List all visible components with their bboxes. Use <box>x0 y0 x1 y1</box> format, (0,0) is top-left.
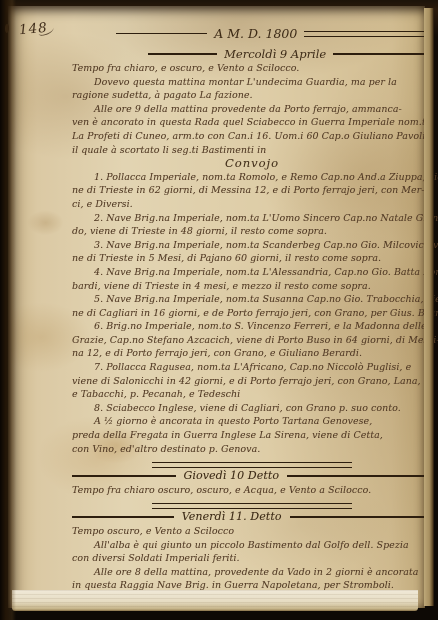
manuscript-line: 7. Pollacca Ragusea, nom.ta L'Africano, … <box>72 361 432 375</box>
page-number-flourish <box>37 24 55 36</box>
manuscript-line: Dovevo questa mattina montar L'undecima … <box>72 76 432 90</box>
page-fore-edge <box>424 8 434 606</box>
year-heading-row: A M. D. 1800 <box>116 26 432 41</box>
manuscript-line: 2. Nave Brig.na Imperiale, nom.ta L'Uomo… <box>72 212 432 226</box>
manuscript-line: ne di Trieste in 62 giorni, di Messina 1… <box>72 184 432 198</box>
manuscript-line: con diversi Soldati Imperiali feriti. <box>72 552 432 566</box>
manuscript-line: ragione sudetta, à pagato La fazione. <box>72 89 432 103</box>
year-title: A M. D. 1800 <box>214 26 297 41</box>
manuscript-line: ci, e Diversi. <box>72 198 432 212</box>
manuscript-line: ven è ancorato in questa Rada quel Sciab… <box>72 116 432 130</box>
manuscript-page: 148 A M. D. 1800 Mercoldì 9 Aprile Tempo… <box>8 6 425 608</box>
date-heading-label: Giovedì 10 Detto <box>184 469 280 483</box>
manuscript-line: 8. Sciabecco Inglese, viene di Cagliari,… <box>72 402 432 416</box>
book-photo-frame: 148 A M. D. 1800 Mercoldì 9 Aprile Tempo… <box>0 0 438 620</box>
manuscript-line: il quale à scortato li seg.ti Bastimenti… <box>72 144 432 158</box>
binding-gutter-shadow <box>0 0 16 620</box>
heading-rule-left <box>116 33 207 35</box>
manuscript-line: Alle ore 8 della mattina, provedente da … <box>72 566 432 580</box>
manuscript-line: bardi, viene di Trieste in 4 mesi, e mez… <box>72 280 432 294</box>
manuscript-line: 6. Brig.no Imperiale, nom.to S. Vincenzo… <box>72 320 432 334</box>
manuscript-line: na 12, e di Porto ferrajo jeri, con Gran… <box>72 347 432 361</box>
heading-rule-left <box>72 516 174 518</box>
manuscript-line: La Profeti di Cuneo, arm.to con Can.i 16… <box>72 130 432 144</box>
section-divider-rule <box>152 503 352 509</box>
heading-rule-right <box>304 31 432 37</box>
date-heading-row-top: Mercoldì 9 Aprile <box>148 47 430 61</box>
heading-rule-right <box>290 516 432 518</box>
manuscript-line: con Vino, ed'altro destinato p. Genova. <box>72 443 432 457</box>
date-heading: Venerdì 11. Detto <box>72 510 432 524</box>
section-divider-rule <box>152 462 352 468</box>
manuscript-line: Tempo fra chiaro oscuro, oscuro, e Acqua… <box>72 484 432 498</box>
manuscript-line: Grazie, Cap.no Stefano Azcacich, viene d… <box>72 334 432 348</box>
heading-rule-left <box>72 475 176 477</box>
heading-rule-right <box>333 53 430 55</box>
manuscript-line: 3. Nave Brig.na Imperiale, nom.ta Scande… <box>72 239 432 253</box>
manuscript-line: ne di Trieste in 5 Mesi, di Pajano 60 gi… <box>72 252 432 266</box>
manuscript-line: 5. Nave Brig.na Imperiale, nom.ta Susann… <box>72 293 432 307</box>
manuscript-text-body: Tempo fra chiaro, e oscuro, e Vento a Sc… <box>72 62 432 593</box>
manuscript-line: e Tabacchi, p. Pecanah, e Tedeschi <box>72 388 432 402</box>
manuscript-line: do, viene di Trieste in 48 giorni, il re… <box>72 225 432 239</box>
date-title: Mercoldì 9 Aprile <box>224 47 326 61</box>
stacked-page-edges <box>12 590 418 611</box>
date-heading-label: Venerdì 11. Detto <box>182 510 282 524</box>
manuscript-line: Tempo oscuro, e Vento a Scilocco <box>72 525 432 539</box>
manuscript-line: viene di Salonicchi in 42 giorni, e di P… <box>72 375 432 389</box>
manuscript-line: ne di Cagliari in 16 giorni, e de Porto … <box>72 307 432 321</box>
manuscript-line: A ½ giorno è ancorata in questo Porto Ta… <box>72 415 432 429</box>
manuscript-line: Tempo fra chiaro, e oscuro, e Vento a Sc… <box>72 62 432 76</box>
manuscript-line: 1. Pollacca Imperiale, nom.ta Romolo, e … <box>72 171 432 185</box>
heading-rule-left <box>148 53 217 55</box>
section-heading: Convojo <box>72 157 432 171</box>
manuscript-line: preda della Fregata in Guerra Inglese La… <box>72 429 432 443</box>
manuscript-line: Alle ore 9 della mattina provedente da P… <box>72 103 432 117</box>
manuscript-line: All'alba è qui giunto un piccolo Bastime… <box>72 539 432 553</box>
heading-rule-right <box>287 475 432 477</box>
manuscript-line: 4. Nave Brig.na Imperiale, nom.ta L'Ales… <box>72 266 432 280</box>
date-heading: Giovedì 10 Detto <box>72 469 432 483</box>
